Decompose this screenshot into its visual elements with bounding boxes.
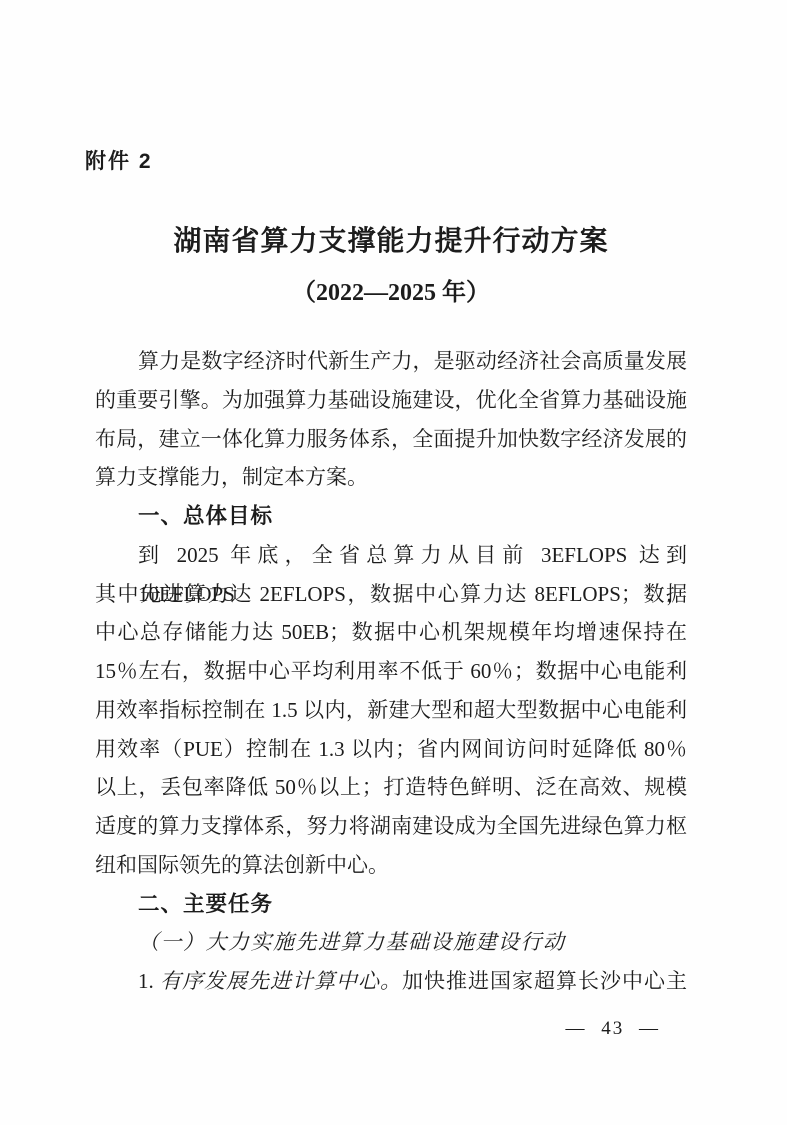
paragraph-line: 到 2025 年底，全省总算力从目前 3EFLOPS 达到 10EFLOPS， — [95, 536, 687, 575]
document-page: 附件 2 湖南省算力支撑能力提升行动方案 （2022—2025 年） 算力是数字… — [0, 0, 787, 1125]
document-title: 湖南省算力支撑能力提升行动方案 — [95, 222, 687, 262]
paragraph-line: 其中先进算力达 2EFLOPS，数据中心算力达 8EFLOPS；数据 — [95, 575, 687, 614]
paragraph-line: 算力支撑能力，制定本方案。 — [95, 458, 687, 497]
paragraph-line: 用效率指标控制在 1.5 以内，新建大型和超大型数据中心电能利 — [95, 691, 687, 730]
paragraph-line: 用效率（PUE）控制在 1.3 以内；省内网间访问时延降低 80％ — [95, 730, 687, 769]
paragraph-line: 的重要引擎。为加强算力基础设施建设，优化全省算力基础设施 — [95, 381, 687, 420]
paragraph-line: 纽和国际领先的算法创新中心。 — [95, 846, 687, 885]
subsection-heading-infrastructure-action: （一）大力实施先进算力基础设施建设行动 — [95, 923, 687, 962]
document-subtitle: （2022—2025 年） — [95, 275, 687, 311]
list-item-number: 1. — [138, 969, 160, 993]
paragraph-line: 算力是数字经济时代新生产力，是驱动经济社会高质量发展 — [95, 342, 687, 381]
paragraph-line: 1. 有序发展先进计算中心。加快推进国家超算长沙中心主 — [95, 962, 687, 1001]
paragraph-line: 15％左右，数据中心平均利用率不低于 60％；数据中心电能利 — [95, 652, 687, 691]
paragraph-continuation: 加快推进国家超算长沙中心主 — [402, 969, 687, 993]
document-body: 算力是数字经济时代新生产力，是驱动经济社会高质量发展 的重要引擎。为加强算力基础… — [95, 342, 687, 1001]
section-heading-overall-goals: 一、总体目标 — [95, 497, 687, 536]
attachment-label: 附件 2 — [85, 147, 153, 177]
paragraph-line: 中心总存储能力达 50EB；数据中心机架规模年均增速保持在 — [95, 613, 687, 652]
paragraph-line: 以上，丢包率降低 50％以上；打造特色鲜明、泛在高效、规模 — [95, 768, 687, 807]
section-heading-main-tasks: 二、主要任务 — [95, 885, 687, 924]
page-number: — 43 — — [566, 1016, 661, 1042]
paragraph-line: 适度的算力支撑体系，努力将湖南建设成为全国先进绿色算力枢 — [95, 807, 687, 846]
emphasized-sentence: 有序发展先进计算中心。 — [160, 969, 402, 993]
paragraph-line: 布局，建立一体化算力服务体系，全面提升加快数字经济发展的 — [95, 420, 687, 459]
